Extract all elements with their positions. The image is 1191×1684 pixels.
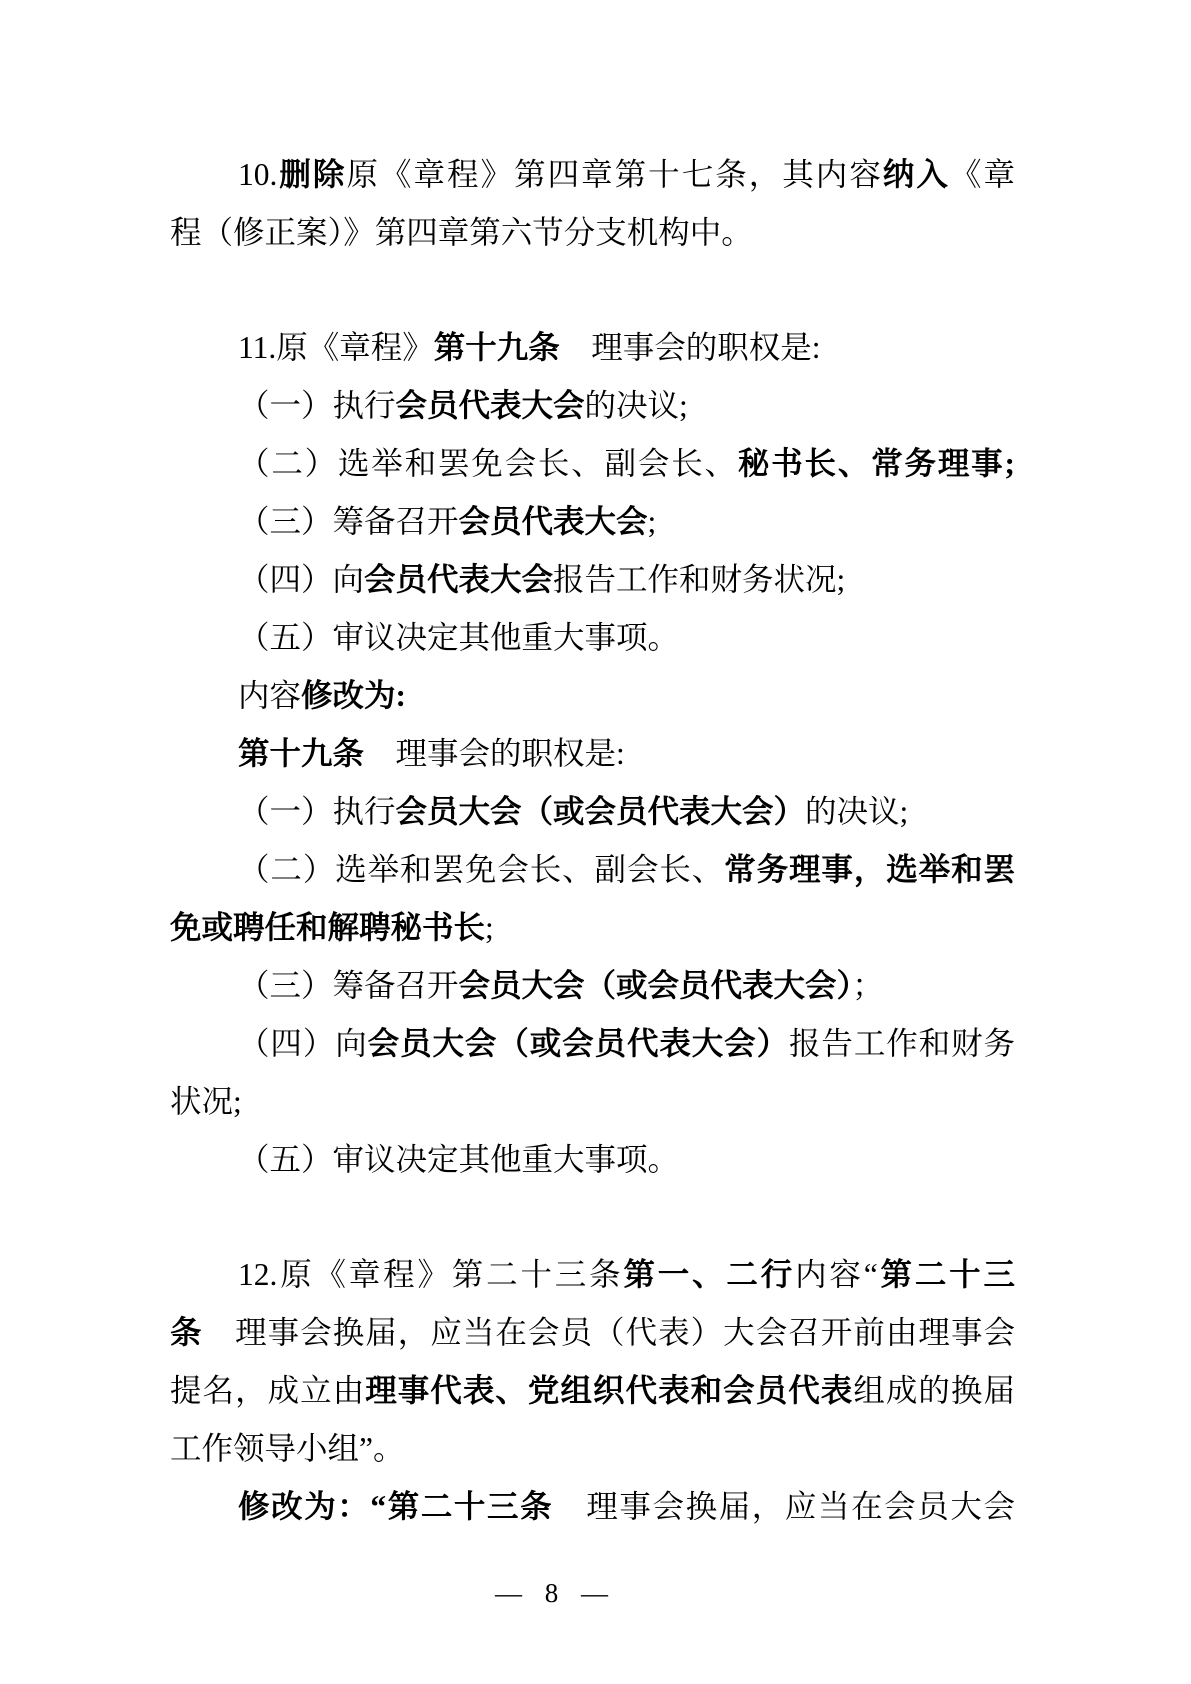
- item-12-amend-lead: 修改为：“第二十三条 理事会换届，应当在会员大会: [170, 1478, 1015, 1536]
- item-12: 12.原《章程》第二十三条第一、二行内容“第二十三条 理事会换届，应当在会员（代…: [170, 1246, 1015, 1478]
- text-run: 理事会的职权是:: [364, 736, 625, 771]
- text-line: （一）执行会员大会（或会员代表大会）的决议;: [170, 783, 1015, 841]
- text-line: （二）选举和罢免会长、副会长、秘书长、常务理事;: [170, 435, 1015, 493]
- text-run: （四）向: [238, 1026, 368, 1061]
- text-run: 内容“: [795, 1257, 878, 1292]
- bold-text-run: 会员大会（或会员代表大会）: [368, 1026, 789, 1061]
- text-run: （一）执行: [238, 388, 396, 423]
- bold-text-run: 第十九条: [238, 736, 364, 771]
- text-run: （五）审议决定其他重大事项。: [238, 1142, 679, 1177]
- text-line: （二）选举和罢免会长、副会长、常务理事，选举和罢: [170, 841, 1015, 899]
- text-run: （一）执行: [238, 794, 396, 829]
- text-run: （二）选举和罢免会长、副会长、: [238, 446, 738, 481]
- item-11-amended-clause-2: （二）选举和罢免会长、副会长、常务理事，选举和罢免或聘任和解聘秘书长;: [170, 841, 1015, 957]
- text-line: 第十九条 理事会的职权是:: [170, 725, 1015, 783]
- text-run: （五）审议决定其他重大事项。: [238, 620, 679, 655]
- text-run: 原《章程》第四章第十七条，其内容: [346, 157, 882, 192]
- bold-text-run: 第二十三: [878, 1257, 1015, 1292]
- text-run: 的决议;: [805, 794, 908, 829]
- text-line: （五）审议决定其他重大事项。: [170, 1131, 1015, 1189]
- item-11-amended-clause-1: （一）执行会员大会（或会员代表大会）的决议;: [170, 783, 1015, 841]
- text-run: 12.原《章程》第二十三条: [238, 1257, 623, 1292]
- text-run: 的决议;: [585, 388, 688, 423]
- bold-text-run: 修改为:: [301, 678, 406, 713]
- text-line: 工作领导小组”。: [170, 1420, 1015, 1478]
- bold-text-run: 秘书长、常务理事;: [738, 446, 1015, 481]
- text-line: （一）执行会员代表大会的决议;: [170, 377, 1015, 435]
- item-11-amended-clause-4: （四）向会员大会（或会员代表大会）报告工作和财务状况;: [170, 1015, 1015, 1131]
- text-line: 修改为：“第二十三条 理事会换届，应当在会员大会: [170, 1478, 1015, 1536]
- document-page: 10.删除原《章程》第四章第十七条，其内容纳入《章程（修正案）》第四章第六节分支…: [170, 146, 1015, 1536]
- text-run: （四）向: [238, 562, 364, 597]
- text-line: 免或聘任和解聘秘书长;: [170, 899, 1015, 957]
- bold-text-run: 常务理事，选举和罢: [724, 852, 1015, 887]
- text-run: 理事会换届，应当在会员大会: [553, 1489, 1015, 1524]
- item-11-original-clause-2: （二）选举和罢免会长、副会长、秘书长、常务理事;: [170, 435, 1015, 493]
- page-number: — 8 —: [0, 1576, 1103, 1610]
- bold-text-run: 理事代表、党组织代表和会员代表: [365, 1373, 853, 1408]
- text-line: 11.原《章程》第十九条 理事会的职权是:: [170, 319, 1015, 377]
- item-11-original-clause-4: （四）向会员代表大会报告工作和财务状况;: [170, 551, 1015, 609]
- text-line: （四）向会员代表大会报告工作和财务状况;: [170, 551, 1015, 609]
- text-run: 内容: [238, 678, 301, 713]
- text-line: 状况;: [170, 1073, 1015, 1131]
- bold-text-run: 会员代表大会: [396, 388, 585, 423]
- text-run: 组成的换届: [853, 1373, 1015, 1408]
- text-run: 程（修正案）》第四章第六节分支机构中。: [170, 215, 753, 250]
- item-11-amend-lead: 内容修改为:: [170, 667, 1015, 725]
- text-run: 工作领导小组”。: [170, 1431, 404, 1466]
- text-run: （二）选举和罢免会长、副会长、: [238, 852, 724, 887]
- text-run: ;: [485, 910, 494, 945]
- item-11-original: 11.原《章程》第十九条 理事会的职权是:: [170, 319, 1015, 377]
- bold-text-run: 修改为：“第二十三条: [238, 1489, 553, 1524]
- item-11-amended-clause-3: （三）筹备召开会员大会（或会员代表大会）；: [170, 957, 1015, 1015]
- item-11-original-clause-1: （一）执行会员代表大会的决议;: [170, 377, 1015, 435]
- bold-text-run: 纳入: [883, 157, 950, 192]
- text-run: 报告工作和财务状况;: [553, 562, 845, 597]
- text-run: 提名，成立由: [170, 1373, 365, 1408]
- bold-text-run: 第一、二行: [623, 1257, 795, 1292]
- text-line: （三）筹备召开会员大会（或会员代表大会）；: [170, 957, 1015, 1015]
- text-run: 《章: [950, 157, 1015, 192]
- bold-text-run: 会员大会（或会员代表大会）: [396, 794, 806, 829]
- bold-text-run: 条: [170, 1315, 203, 1350]
- text-run: 11.原《章程》: [238, 330, 434, 365]
- bold-text-run: 会员大会（或会员代表大会）: [459, 968, 853, 1003]
- text-run: 10.: [238, 157, 277, 192]
- text-line: （四）向会员大会（或会员代表大会）报告工作和财务: [170, 1015, 1015, 1073]
- item-11-amended-header: 第十九条 理事会的职权是:: [170, 725, 1015, 783]
- item-11-original-clause-5: （五）审议决定其他重大事项。: [170, 609, 1015, 667]
- item-11-amended-clause-5: （五）审议决定其他重大事项。: [170, 1131, 1015, 1189]
- bold-text-run: 免或聘任和解聘秘书长: [170, 910, 485, 945]
- text-line: 10.删除原《章程》第四章第十七条，其内容纳入《章: [170, 146, 1015, 204]
- text-run: （三）筹备召开: [238, 504, 459, 539]
- text-line: 条 理事会换届，应当在会员（代表）大会召开前由理事会: [170, 1304, 1015, 1362]
- text-run: 报告工作和财务: [789, 1026, 1015, 1061]
- text-line: 提名，成立由理事代表、党组织代表和会员代表组成的换届: [170, 1362, 1015, 1420]
- item-11-original-clause-3: （三）筹备召开会员代表大会;: [170, 493, 1015, 551]
- text-run: 理事会换届，应当在会员（代表）大会召开前由理事会: [203, 1315, 1015, 1350]
- text-run: ;: [648, 504, 657, 539]
- text-line: 程（修正案）》第四章第六节分支机构中。: [170, 204, 1015, 262]
- text-line: （三）筹备召开会员代表大会;: [170, 493, 1015, 551]
- bold-text-run: 会员代表大会: [459, 504, 648, 539]
- text-run: 状况;: [170, 1084, 242, 1119]
- text-line: 12.原《章程》第二十三条第一、二行内容“第二十三: [170, 1246, 1015, 1304]
- text-run: ；: [852, 968, 884, 1003]
- bold-text-run: 第十九条: [434, 330, 560, 365]
- bold-text-run: 删除: [277, 157, 346, 192]
- text-line: （五）审议决定其他重大事项。: [170, 609, 1015, 667]
- text-run: （三）筹备召开: [238, 968, 459, 1003]
- text-run: 理事会的职权是:: [560, 330, 821, 365]
- item-10: 10.删除原《章程》第四章第十七条，其内容纳入《章程（修正案）》第四章第六节分支…: [170, 146, 1015, 262]
- text-line: 内容修改为:: [170, 667, 1015, 725]
- bold-text-run: 会员代表大会: [364, 562, 553, 597]
